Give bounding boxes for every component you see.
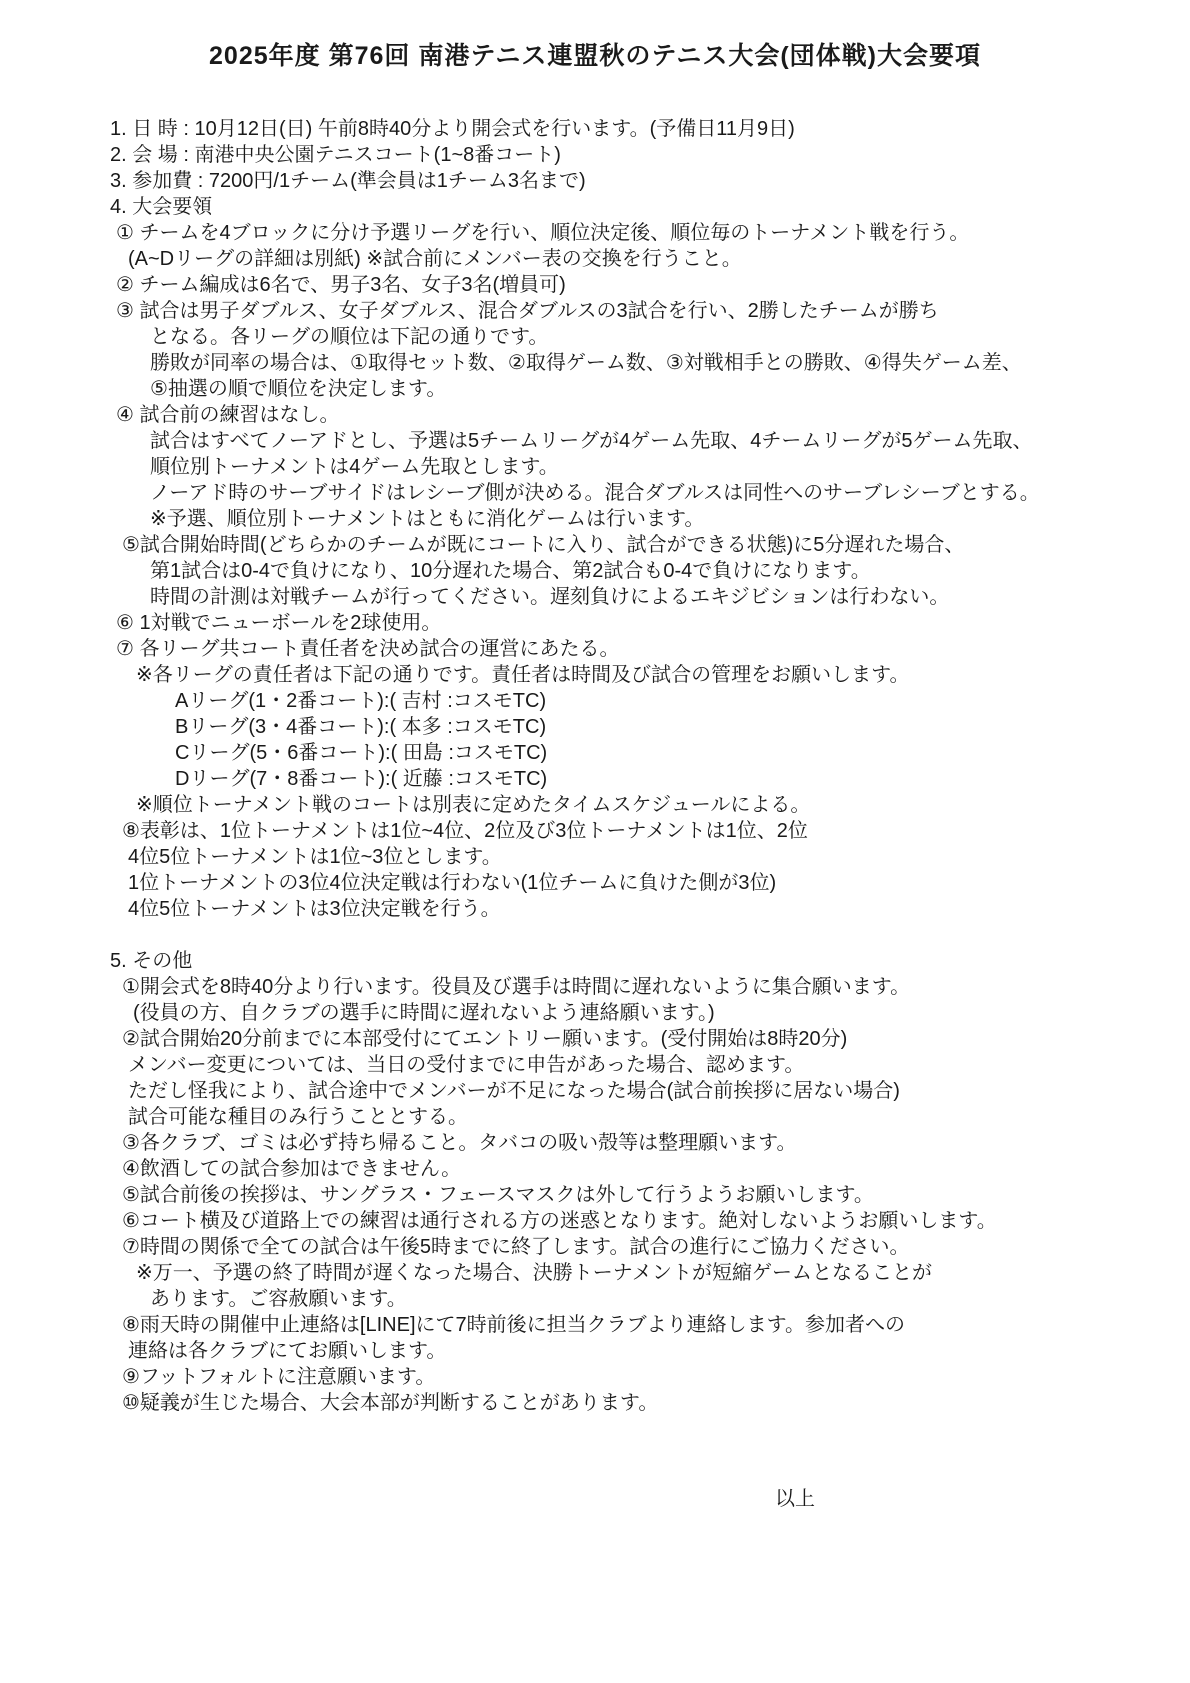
doc-line: 時間の計測は対戦チームが行ってください。遅刻負けによるエキジビションは行わない。 bbox=[150, 584, 1154, 610]
doc-line: 第1試合は0-4で負けになり、10分遅れた場合、第2試合も0-4で負けになります… bbox=[150, 558, 1154, 584]
doc-line: ⑦時間の関係で全ての試合は午後5時までに終了します。試合の進行にご協力ください。 bbox=[122, 1234, 1154, 1260]
info-line-date: 1. 日 時 : 10月12日(日) 午前8時40分より開会式を行います。(予備… bbox=[110, 116, 1154, 142]
doc-line: ⑧表彰は、1位トーナメントは1位~4位、2位及び3位トーナメントは1位、2位 bbox=[122, 818, 1154, 844]
document-page: 2025年度 第76回 南港テニス連盟秋のテニス大会(団体戦)大会要項 1. 日… bbox=[0, 0, 1190, 1683]
doc-line: ⑩疑義が生じた場合、大会本部が判断することがあります。 bbox=[122, 1390, 1154, 1416]
doc-line: ⑤抽選の順で順位を決定します。 bbox=[150, 376, 1154, 402]
doc-line: ただし怪我により、試合途中でメンバーが不足になった場合(試合前挨拶に居ない場合) bbox=[128, 1078, 1154, 1104]
doc-line: ② チーム編成は6名で、男子3名、女子3名(増員可) bbox=[116, 272, 1154, 298]
doc-line: ① チームを4ブロックに分け予選リーグを行い、順位決定後、順位毎のトーナメント戦… bbox=[116, 220, 1154, 246]
doc-line: 4位5位トーナメントは3位決定戦を行う。 bbox=[128, 896, 1154, 922]
doc-line: ⑨フットフォルトに注意願います。 bbox=[122, 1364, 1154, 1390]
doc-line: ②試合開始20分前までに本部受付にてエントリー願います。(受付開始は8時20分) bbox=[122, 1026, 1154, 1052]
section-heading-4: 4. 大会要領 bbox=[110, 194, 1154, 220]
doc-line: ※万一、予選の終了時間が遅くなった場合、決勝トーナメントが短縮ゲームとなることが bbox=[136, 1260, 1154, 1286]
doc-line: となる。各リーグの順位は下記の通りです。 bbox=[150, 324, 1154, 350]
doc-line: ※予選、順位別トーナメントはともに消化ゲームは行います。 bbox=[150, 506, 1154, 532]
doc-line: ①開会式を8時40分より行います。役員及び選手は時間に遅れないように集合願います… bbox=[122, 974, 1154, 1000]
doc-line: (役員の方、自クラブの選手に時間に遅れないよう連絡願います。) bbox=[133, 1000, 1154, 1026]
doc-line: ※順位トーナメント戦のコートは別表に定めたタイムスケジュールによる。 bbox=[136, 792, 1154, 818]
closing-label: 以上 bbox=[775, 1486, 1154, 1512]
page-title: 2025年度 第76回 南港テニス連盟秋のテニス大会(団体戦)大会要項 bbox=[40, 40, 1150, 72]
doc-line: 試合可能な種目のみ行うこととする。 bbox=[128, 1104, 1154, 1130]
doc-line: ③各クラブ、ゴミは必ず持ち帰ること。タバコの吸い殻等は整理願います。 bbox=[122, 1130, 1154, 1156]
info-line-venue: 2. 会 場 : 南港中央公園テニスコート(1~8番コート) bbox=[110, 142, 1154, 168]
doc-line-league-b: Bリーグ(3・4番コート):( 本多 :コスモTC) bbox=[175, 714, 1154, 740]
doc-line: ④ 試合前の練習はなし。 bbox=[116, 402, 1154, 428]
doc-line: 連絡は各クラブにてお願いします。 bbox=[128, 1338, 1154, 1364]
doc-line: あります。ご容赦願います。 bbox=[150, 1286, 1154, 1312]
info-line-fee: 3. 参加費 : 7200円/1チーム(準会員は1チーム3名まで) bbox=[110, 168, 1154, 194]
doc-line: ④飲酒しての試合参加はできません。 bbox=[122, 1156, 1154, 1182]
doc-line: ⑥ 1対戦でニューボールを2球使用。 bbox=[116, 610, 1154, 636]
doc-line: ⑤試合前後の挨拶は、サングラス・フェースマスクは外して行うようお願いします。 bbox=[122, 1182, 1154, 1208]
doc-line: ⑦ 各リーグ共コート責任者を決め試合の運営にあたる。 bbox=[116, 636, 1154, 662]
doc-line: ⑥コート横及び道路上での練習は通行される方の迷惑となります。絶対しないようお願い… bbox=[122, 1208, 1154, 1234]
doc-line-league-d: Dリーグ(7・8番コート):( 近藤 :コスモTC) bbox=[175, 766, 1154, 792]
doc-line: 勝敗が同率の場合は、①取得セット数、②取得ゲーム数、③対戦相手との勝敗、④得失ゲ… bbox=[150, 350, 1154, 376]
doc-line-league-c: Cリーグ(5・6番コート):( 田島 :コスモTC) bbox=[175, 740, 1154, 766]
doc-line-league-a: Aリーグ(1・2番コート):( 吉村 :コスモTC) bbox=[175, 688, 1154, 714]
doc-line: ⑧雨天時の開催中止連絡は[LINE]にて7時前後に担当クラブより連絡します。参加… bbox=[122, 1312, 1154, 1338]
doc-line: 4位5位トーナメントは1位~3位とします。 bbox=[128, 844, 1154, 870]
doc-line: ノーアド時のサーブサイドはレシーブ側が決める。混合ダブルスは同性へのサーブレシー… bbox=[150, 480, 1154, 506]
doc-line: メンバー変更については、当日の受付までに申告があった場合、認めます。 bbox=[128, 1052, 1154, 1078]
doc-line: ⑤試合開始時間(どちらかのチームが既にコートに入り、試合ができる状態)に5分遅れ… bbox=[122, 532, 1154, 558]
doc-line: ③ 試合は男子ダブルス、女子ダブルス、混合ダブルスの3試合を行い、2勝したチーム… bbox=[116, 298, 1154, 324]
section-heading-5: 5. その他 bbox=[110, 948, 1154, 974]
doc-line: 試合はすべてノーアドとし、予選は5チームリーグが4ゲーム先取、4チームリーグが5… bbox=[150, 428, 1154, 454]
doc-line: (A~Dリーグの詳細は別紙) ※試合前にメンバー表の交換を行うこと。 bbox=[128, 246, 1154, 272]
doc-line: 順位別トーナメントは4ゲーム先取とします。 bbox=[150, 454, 1154, 480]
doc-line: ※各リーグの責任者は下記の通りです。責任者は時間及び試合の管理をお願いします。 bbox=[136, 662, 1154, 688]
document-body: 1. 日 時 : 10月12日(日) 午前8時40分より開会式を行います。(予備… bbox=[110, 116, 1154, 1512]
doc-line: 1位トーナメントの3位4位決定戦は行わない(1位チームに負けた側が3位) bbox=[128, 870, 1154, 896]
